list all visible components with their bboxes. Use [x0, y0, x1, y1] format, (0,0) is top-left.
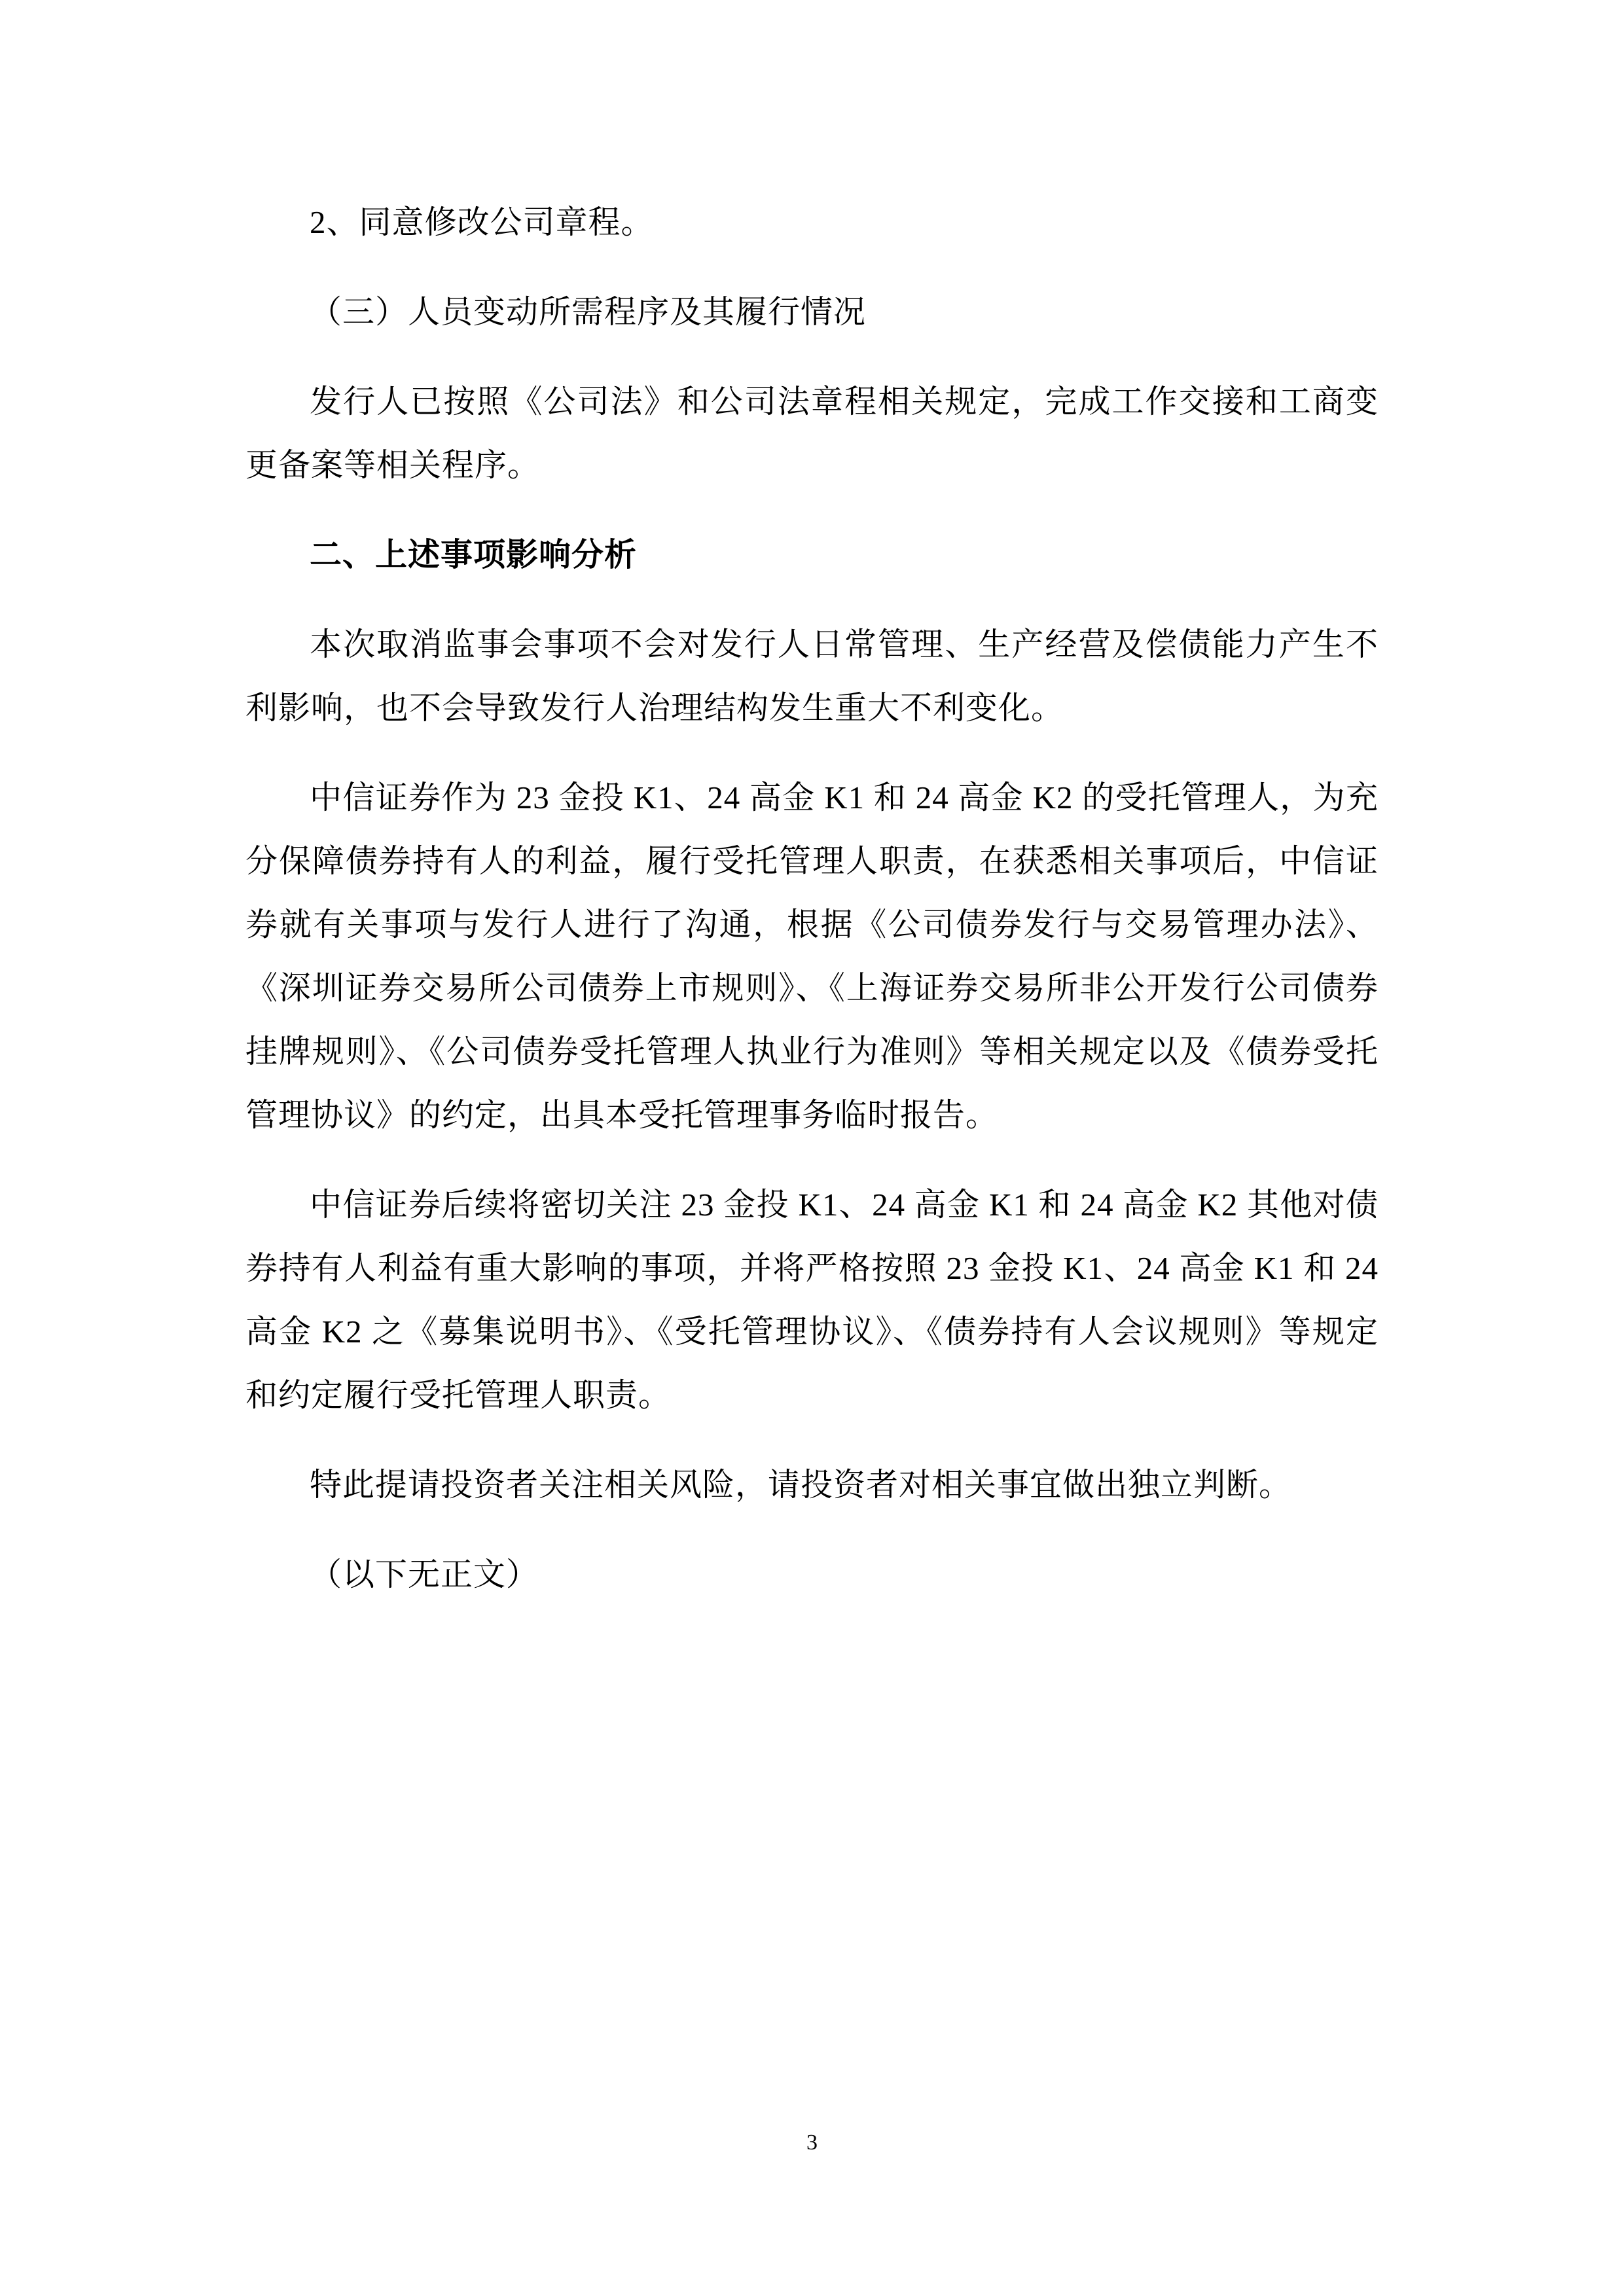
section-heading: 二、上述事项影响分析 — [245, 523, 1379, 586]
page-number: 3 — [806, 2130, 818, 2155]
paragraph: （以下无正文） — [245, 1543, 1379, 1606]
paragraph: 2、同意修改公司章程。 — [245, 190, 1379, 254]
paragraph: 特此提请投资者关注相关风险，请投资者对相关事宜做出独立判断。 — [245, 1453, 1379, 1516]
page-footer: 3 — [0, 2128, 1624, 2157]
paragraph: 本次取消监事会事项不会对发行人日常管理、生产经营及偿债能力产生不利影响，也不会导… — [245, 613, 1379, 740]
document-page: 2、同意修改公司章程。（三）人员变动所需程序及其履行情况发行人已按照《公司法》和… — [0, 0, 1624, 2296]
paragraph: 中信证券作为 23 金投 K1、24 高金 K1 和 24 高金 K2 的受托管… — [245, 766, 1379, 1147]
paragraph: 发行人已按照《公司法》和公司法章程相关规定，完成工作交接和工商变更备案等相关程序… — [245, 370, 1379, 497]
document-body: 2、同意修改公司章程。（三）人员变动所需程序及其履行情况发行人已按照《公司法》和… — [245, 190, 1379, 1606]
paragraph: 中信证券后续将密切关注 23 金投 K1、24 高金 K1 和 24 高金 K2… — [245, 1173, 1379, 1427]
paragraph: （三）人员变动所需程序及其履行情况 — [245, 280, 1379, 344]
